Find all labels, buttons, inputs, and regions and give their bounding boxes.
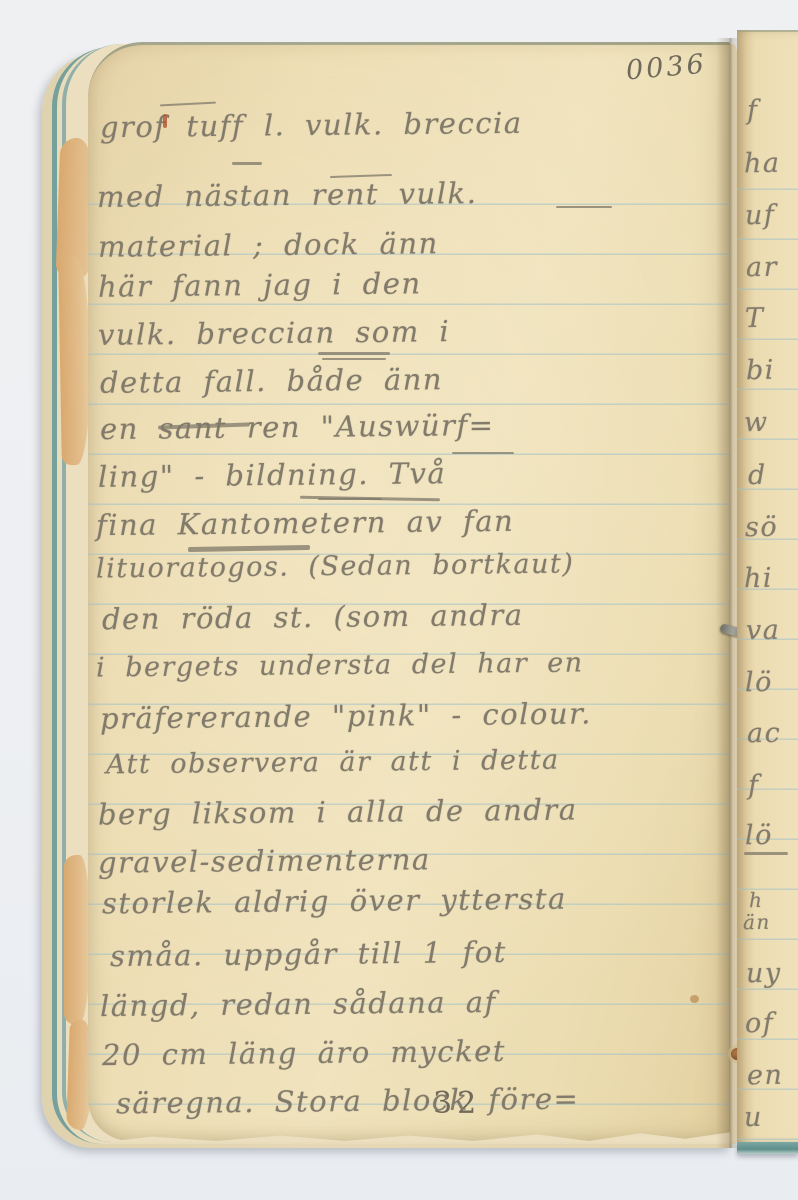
handwriting-fragment: ac: [747, 718, 782, 750]
pencil-mark: [744, 852, 788, 855]
handwriting-line: gravel-sedimenterna: [98, 842, 431, 879]
handwriting-line: fina Kantometern av fan: [96, 504, 515, 542]
handwriting-fragment: va: [746, 615, 781, 647]
paper-stain: [163, 114, 167, 128]
handwriting-fragment: h: [749, 888, 764, 912]
handwriting-line: i bergets understa del har en: [96, 647, 584, 683]
handwriting-fragment: uy: [746, 958, 782, 990]
handwriting-line: 20 cm läng äro mycket: [102, 1034, 506, 1072]
handwriting-fragment: en: [747, 1060, 784, 1092]
handwriting-line: med nästan rent vulk.: [97, 176, 478, 214]
pencil-mark: [322, 358, 386, 360]
right-page-bottom-edge: [737, 1142, 798, 1154]
handwriting-fragment: hi: [744, 563, 774, 595]
handwriting-fragment: än: [743, 910, 771, 934]
handwriting-fragment: bi: [746, 355, 775, 387]
handwriting-line: storlek aldrig över yttersta: [102, 882, 567, 921]
handwriting-fragment: lö: [745, 820, 773, 851]
handwriting-line: lituoratogos. (Sedan bortkaut): [96, 548, 575, 584]
handwriting-fragment: u: [744, 1102, 763, 1133]
handwriting-line: Att observera är att i detta: [106, 745, 560, 781]
pencil-mark: [556, 206, 612, 208]
handwriting-fragment: w: [744, 407, 769, 438]
handwriting-fragment: uf: [745, 200, 776, 232]
handwriting-line: berg liksom i alla de andra: [98, 792, 578, 831]
handwriting-line: ling" - bildning. Två: [98, 456, 447, 494]
handwriting-line: här fann jag i den: [98, 266, 422, 303]
handwriting-line: präfererande "pink" - colour.: [100, 696, 592, 735]
handwriting-fragment: ha: [744, 148, 781, 180]
handwriting-fragment: T: [745, 303, 765, 334]
handwriting-line: material ; dock änn: [98, 226, 439, 264]
pencil-mark: [318, 498, 382, 500]
pencil-mark: [452, 452, 514, 454]
handwriting-line: vulk. breccian som i: [98, 314, 451, 352]
handwriting-fragment: of: [745, 1008, 775, 1040]
handwriting-fragment: d: [748, 460, 767, 491]
handwriting-line: säregna. Stora block före=: [116, 1082, 580, 1121]
handwriting-fragment: ar: [746, 252, 779, 284]
handwriting-line: småa. uppgår till 1 fot: [110, 935, 507, 973]
scanned-notebook-page: 0036 32 grof tuff l. vulk. breccia med n…: [0, 0, 798, 1200]
handwriting-fragment: lö: [745, 667, 773, 698]
pencil-mark: [318, 352, 390, 355]
handwriting-line: den röda st. (som andra: [102, 598, 524, 636]
paper-stain: [690, 995, 699, 1003]
torn-paper-patch: [64, 855, 90, 1025]
handwriting-line: längd, redan sådana af: [100, 985, 497, 1023]
pencil-mark: [232, 162, 262, 165]
handwriting-fragment: f: [747, 95, 759, 126]
handwriting-fragment: f: [748, 770, 760, 801]
handwriting-fragment: sö: [745, 512, 779, 544]
handwriting-line: detta fall. både änn: [100, 362, 443, 400]
